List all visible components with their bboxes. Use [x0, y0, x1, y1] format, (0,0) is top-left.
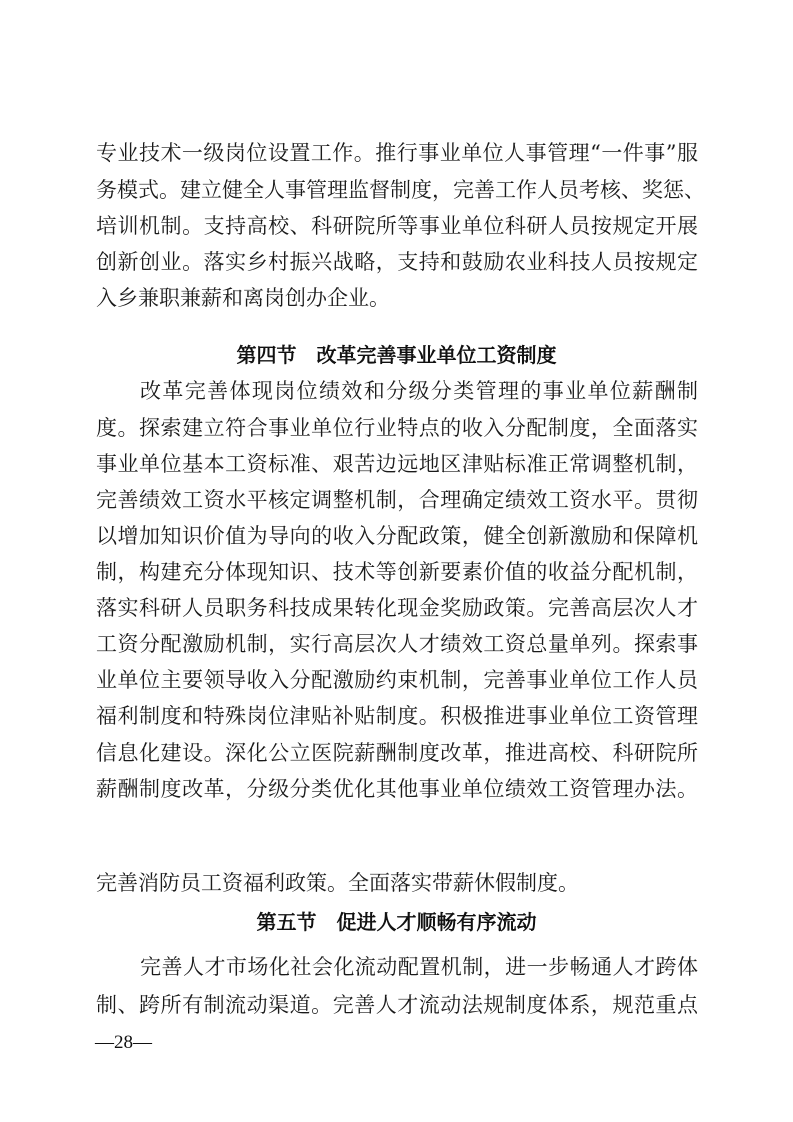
section-number: 第五节 [257, 910, 317, 934]
paragraph-line: 完善消防员工资福利政策。全面落实带薪休假制度。 [96, 868, 698, 898]
paragraph-line: 制，构建充分体现知识、技术等创新要素价值的收益分配机制， [96, 557, 698, 587]
paragraph-line: 业单位主要领导收入分配激励约束机制，完善事业单位工作人员 [96, 665, 698, 695]
paragraph-line: 务模式。建立健全人事管理监督制度，完善工作人员考核、奖惩、 [96, 175, 698, 205]
paragraph-line: 改革完善体现岗位绩效和分级分类管理的事业单位薪酬制 [140, 376, 698, 406]
section-number: 第四节 [237, 343, 297, 367]
paragraph-line: 入乡兼职兼薪和离岗创办企业。 [96, 283, 698, 313]
paragraph-line: 信息化建设。深化公立医院薪酬制度改革，推进高校、科研院所 [96, 738, 698, 768]
paragraph-line: 完善人才市场化社会化流动配置机制，进一步畅通人才跨体 [140, 952, 698, 982]
paragraph-line: 完善绩效工资水平核定调整机制，合理确定绩效工资水平。贯彻 [96, 485, 698, 515]
paragraph-line: 度。探索建立符合事业单位行业特点的收入分配制度，全面落实 [96, 413, 698, 443]
paragraph-line: 创新创业。落实乡村振兴战略，支持和鼓励农业科技人员按规定 [96, 247, 698, 277]
paragraph-line: 工资分配激励机制，实行高层次人才绩效工资总量单列。探索事 [96, 629, 698, 659]
section-title: 促进人才顺畅有序流动 [337, 910, 537, 934]
paragraph-line: 福利制度和特殊岗位津贴补贴制度。积极推进事业单位工资管理 [96, 701, 698, 731]
section-heading-4: 第四节改革完善事业单位工资制度 [0, 340, 793, 370]
paragraph-line: 制、跨所有制流动渠道。完善人才流动法规制度体系，规范重点 [96, 990, 698, 1020]
paragraph-line: 落实科研人员职务科技成果转化现金奖励政策。完善高层次人才 [96, 593, 698, 623]
paragraph-line: 以增加知识价值为导向的收入分配政策，健全创新激励和保障机 [96, 521, 698, 551]
page-number: —28— [95, 1030, 152, 1056]
paragraph-line: 专业技术一级岗位设置工作。推行事业单位人事管理“一件事”服 [96, 138, 698, 168]
paragraph-line: 事业单位基本工资标准、艰苦边远地区津贴标准正常调整机制， [96, 449, 698, 479]
section-heading-5: 第五节促进人才顺畅有序流动 [0, 907, 793, 937]
section-title: 改革完善事业单位工资制度 [317, 343, 557, 367]
paragraph-line: 薪酬制度改革，分级分类优化其他事业单位绩效工资管理办法。 [96, 774, 698, 804]
paragraph-line: 培训机制。支持高校、科研院所等事业单位科研人员按规定开展 [96, 211, 698, 241]
